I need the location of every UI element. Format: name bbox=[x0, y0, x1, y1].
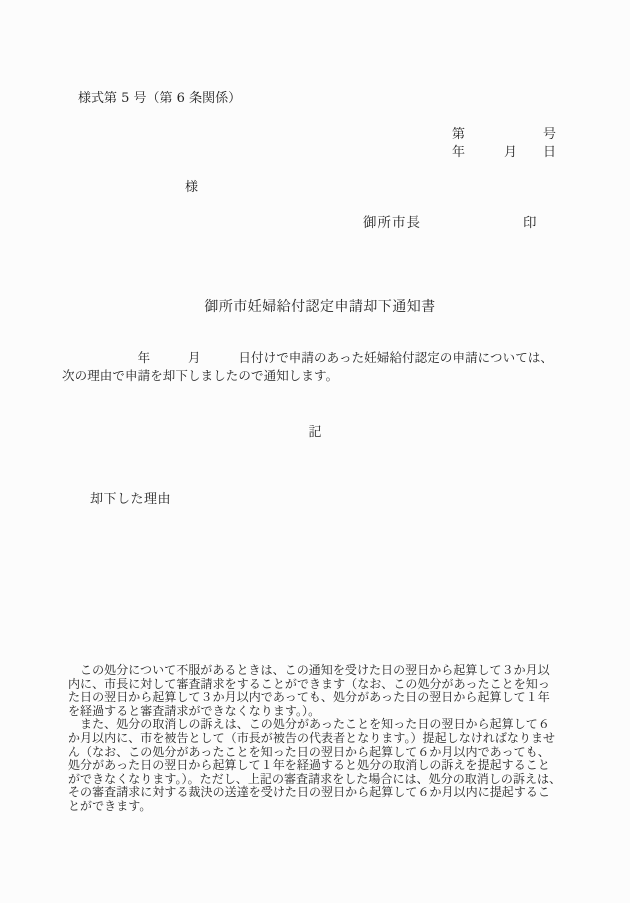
document-number-line: 第 号 bbox=[452, 128, 556, 141]
appeal-instructions: この処分について不服があるときは、この通知を受けた日の翌日から起算して３か月以内… bbox=[68, 664, 572, 814]
notification-body: 年 月 日付けで申請のあった妊婦給付認定の申請については、次の理由で申請を却下し… bbox=[62, 349, 572, 385]
text-line: また、処分の取消しの訴えは、この処分があったことを知った日の翌日から起算して６ bbox=[68, 718, 572, 732]
text-line: その審査請求に対する裁決の送達を受けた日の翌日から起算して６か月以内に提起するこ bbox=[68, 786, 572, 800]
rejection-reason-label: 却下した理由 bbox=[90, 493, 171, 506]
document-title: 御所市妊婦給付認定申請却下通知書 bbox=[10, 300, 630, 315]
text-line: か月以内に、市を被告として（市長が被告の代表者となります。）提起しなければなりま… bbox=[68, 732, 572, 746]
seal-mark: 印 bbox=[523, 216, 537, 230]
document-page: 様式第 5 号（第 6 条関係） 第 号 年 月 日 様 御所市長 印 御所市妊… bbox=[0, 0, 630, 903]
text-line: 処分があった日の翌日から起算して１年を経過すると処分の取消しの訴えを提起すること bbox=[68, 759, 572, 773]
sender-mayor-name: 御所市長 bbox=[363, 216, 421, 230]
form-number-label: 様式第 5 号（第 6 条関係） bbox=[78, 92, 241, 105]
text-line: 次の理由で申請を却下しましたので通知します。 bbox=[62, 367, 572, 385]
record-heading: 記 bbox=[0, 426, 630, 439]
text-line: とができます。 bbox=[68, 800, 572, 814]
issue-date-line: 年 月 日 bbox=[452, 146, 556, 159]
text-line: た日の翌日から起算して３か月以内であっても、処分があった日の翌日から起算して１年 bbox=[68, 691, 572, 705]
text-line: 年 月 日付けで申請のあった妊婦給付認定の申請については、 bbox=[62, 349, 572, 367]
addressee-honorific: 様 bbox=[185, 181, 198, 194]
text-line: この処分について不服があるときは、この通知を受けた日の翌日から起算して３か月以 bbox=[68, 664, 572, 678]
